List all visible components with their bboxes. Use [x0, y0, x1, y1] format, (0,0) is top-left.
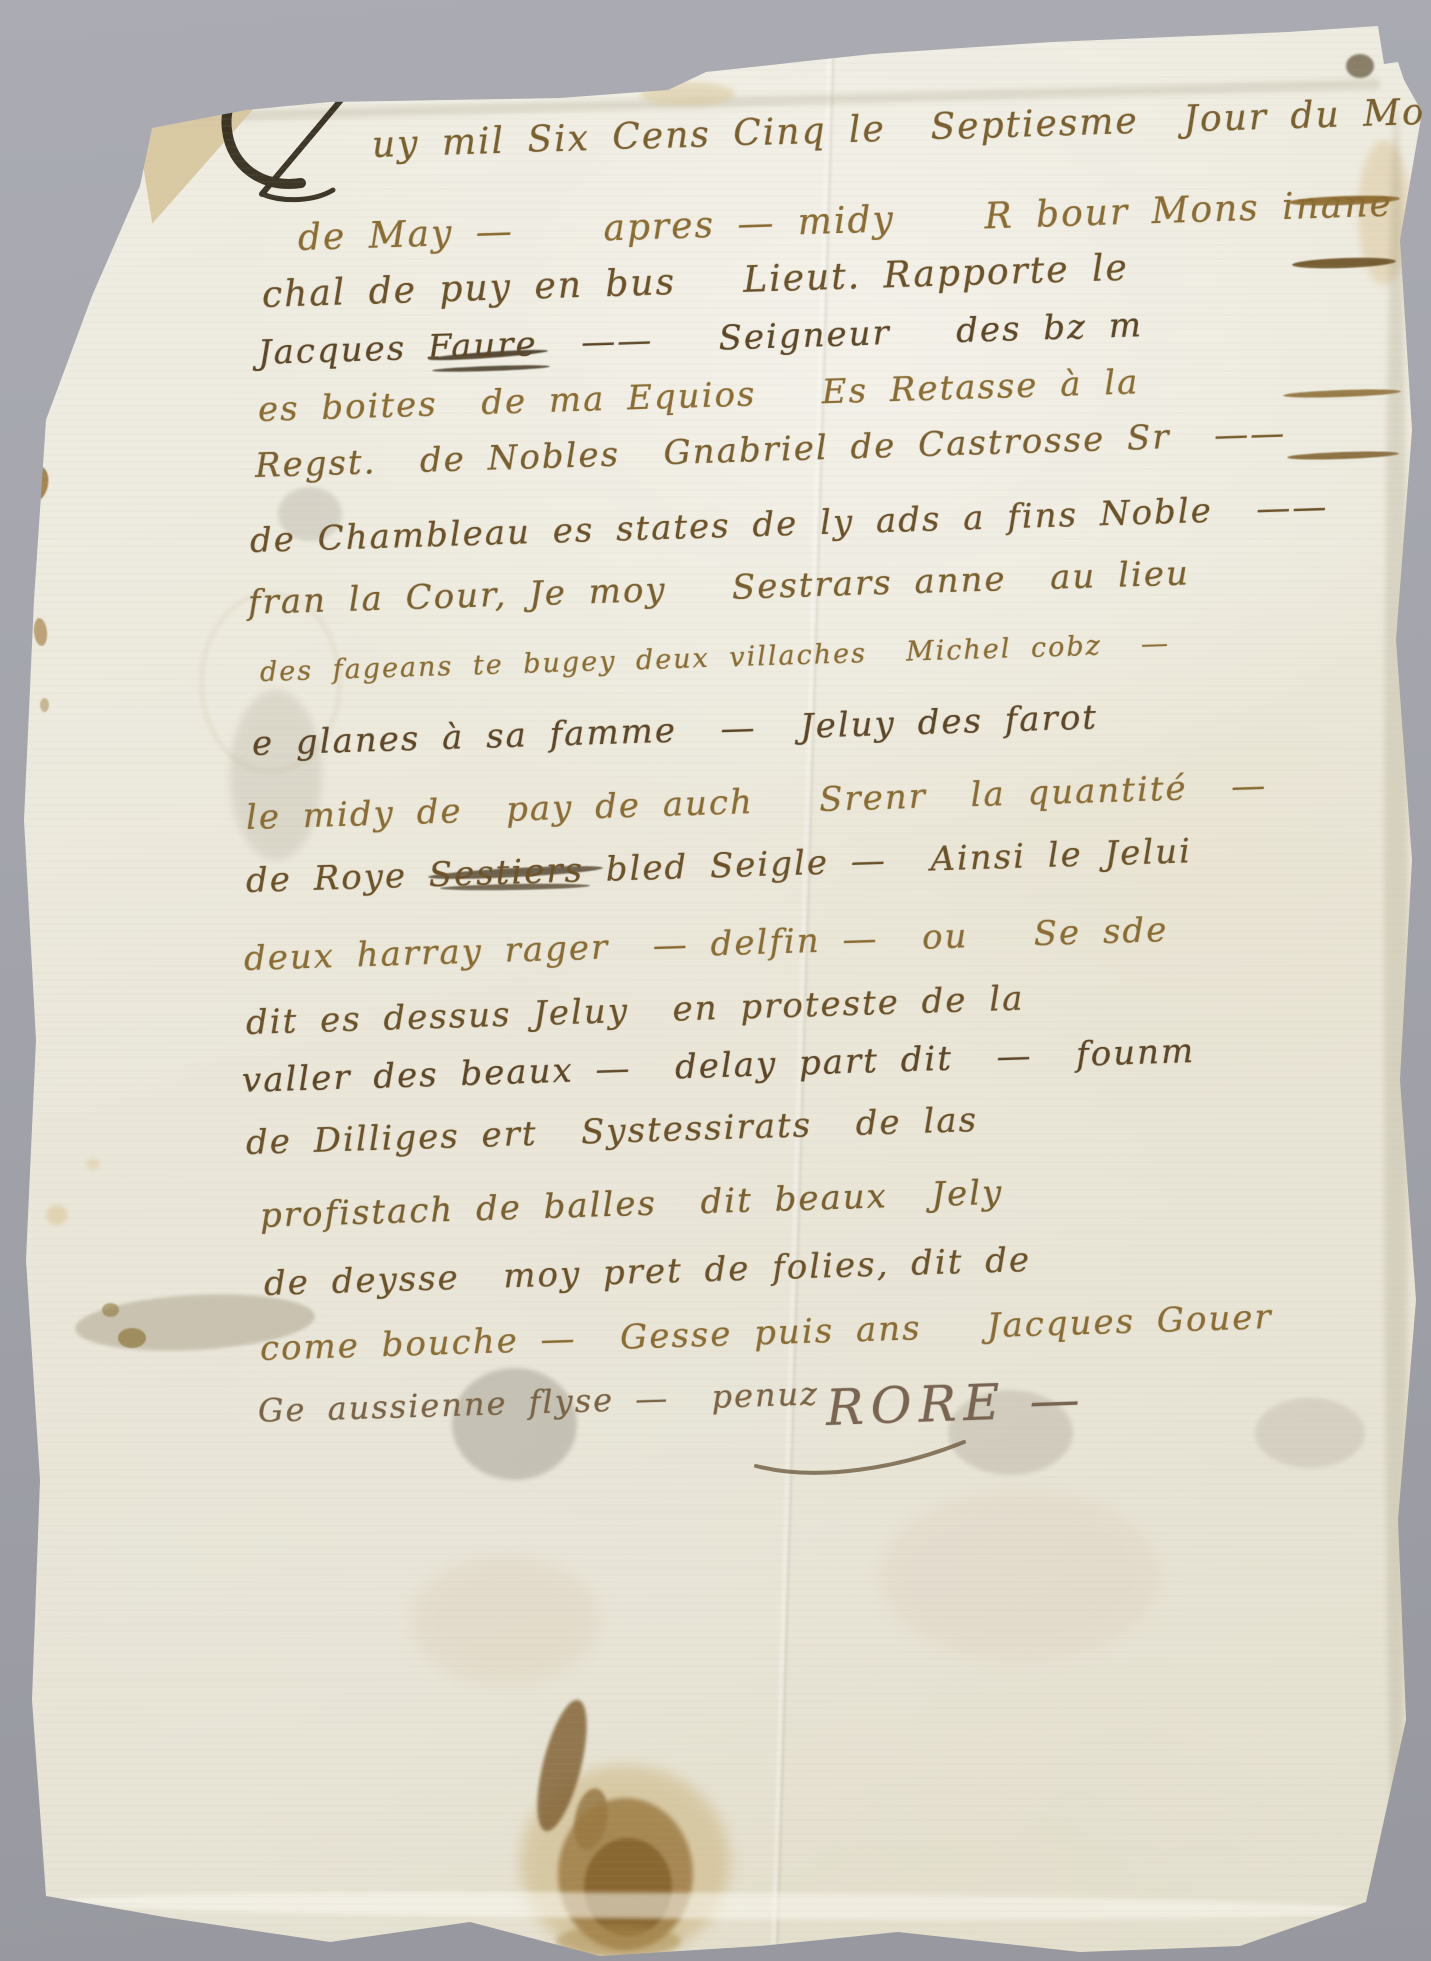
handwriting-line: de Dilliges ert Systessirats de las — [245, 1103, 978, 1160]
photograph-background: uy mil Six Cens Cinq le Septiesme Jour d… — [0, 0, 1431, 1961]
handwriting-line: de Roye Sestiers bled Seigle — Ainsi le … — [245, 834, 1192, 898]
handwriting-line: uy mil Six Cens Cinq le Septiesme Jour d… — [371, 89, 1431, 163]
pink-blotch-2 — [410, 1555, 600, 1685]
bottom-stain-streak-2 — [570, 1786, 612, 1853]
left-edge-speck-1 — [22, 464, 51, 504]
handwriting-line: le midy de pay de auch Srenr la quantité… — [245, 769, 1267, 835]
manuscript-page: uy mil Six Cens Cinq le Septiesme Jour d… — [0, 0, 1431, 1961]
speckle-dot-2 — [102, 1303, 119, 1317]
left-edge-speck-2 — [33, 617, 49, 646]
handwriting-line: profistach de balles dit beaux Jely — [259, 1176, 1003, 1233]
bottom-stain-blob — [558, 1798, 693, 1950]
bottom-stain-tail — [556, 1925, 681, 1957]
foxing-dot-1 — [46, 1205, 68, 1225]
ink-spray-far-right — [1255, 1398, 1365, 1468]
right-edge-shade — [1384, 110, 1408, 1900]
right-dash-line7 — [1287, 450, 1399, 461]
handwriting-line: dit es dessus Jeluy en proteste de la — [245, 981, 1024, 1039]
handwriting-line: Regst. de Nobles Gnabriel de Castrosse S… — [254, 417, 1286, 483]
bottom-stain-core — [584, 1838, 672, 1936]
handwriting-line: chal de puy en bus Lieut. Rapporte le — [261, 250, 1129, 313]
handwriting-line: es boites de ma Equios Es Retasse à la — [257, 365, 1139, 427]
handwriting-line: Jacques Faure —— Seigneur des bz m — [257, 308, 1143, 370]
handwriting-line: e glanes à sa famme — Jeluy des farot — [251, 700, 1098, 761]
bottom-stain-halo — [520, 1765, 730, 1960]
handwriting-line: come bouche — Gesse puis ans Jacques Gou… — [259, 1300, 1273, 1366]
foxing-dot-2 — [86, 1158, 100, 1170]
handwriting-line: des fageans te bugey deux villaches Mich… — [260, 631, 1171, 687]
top-edge-tan-stain — [640, 82, 735, 106]
right-dash-line6 — [1283, 388, 1401, 399]
left-edge-speck-3 — [40, 698, 49, 712]
handwriting-line: de May — apres — midy R bour Mons inane … — [297, 184, 1431, 256]
right-dash-line3 — [1292, 256, 1396, 270]
handwriting-line: de Chambleau es states de ly ads a fins … — [249, 490, 1328, 558]
signature-rore: RORE — — [825, 1370, 1088, 1437]
speckle-dot-1 — [118, 1328, 146, 1348]
folded-corner — [136, 104, 262, 224]
pink-blotch-1 — [880, 1490, 1160, 1660]
handwriting-line: Ge aussienne flyse — penuz — [257, 1378, 819, 1428]
top-right-ink-speck — [1346, 54, 1374, 78]
bottom-deckle-highlight — [55, 1888, 1375, 1923]
handwriting-line: de deysse moy pret de folies, dit de — [263, 1243, 1031, 1301]
handwriting-line: valler des beaux — delay part dit — foun… — [241, 1034, 1195, 1098]
handwriting-line: deux harray rager — delfin — ou Se sde — [243, 913, 1168, 976]
bottom-stain-streak — [527, 1695, 597, 1835]
handwriting-line: fran la Cour, Je moy Sestrars anne au li… — [247, 556, 1190, 620]
